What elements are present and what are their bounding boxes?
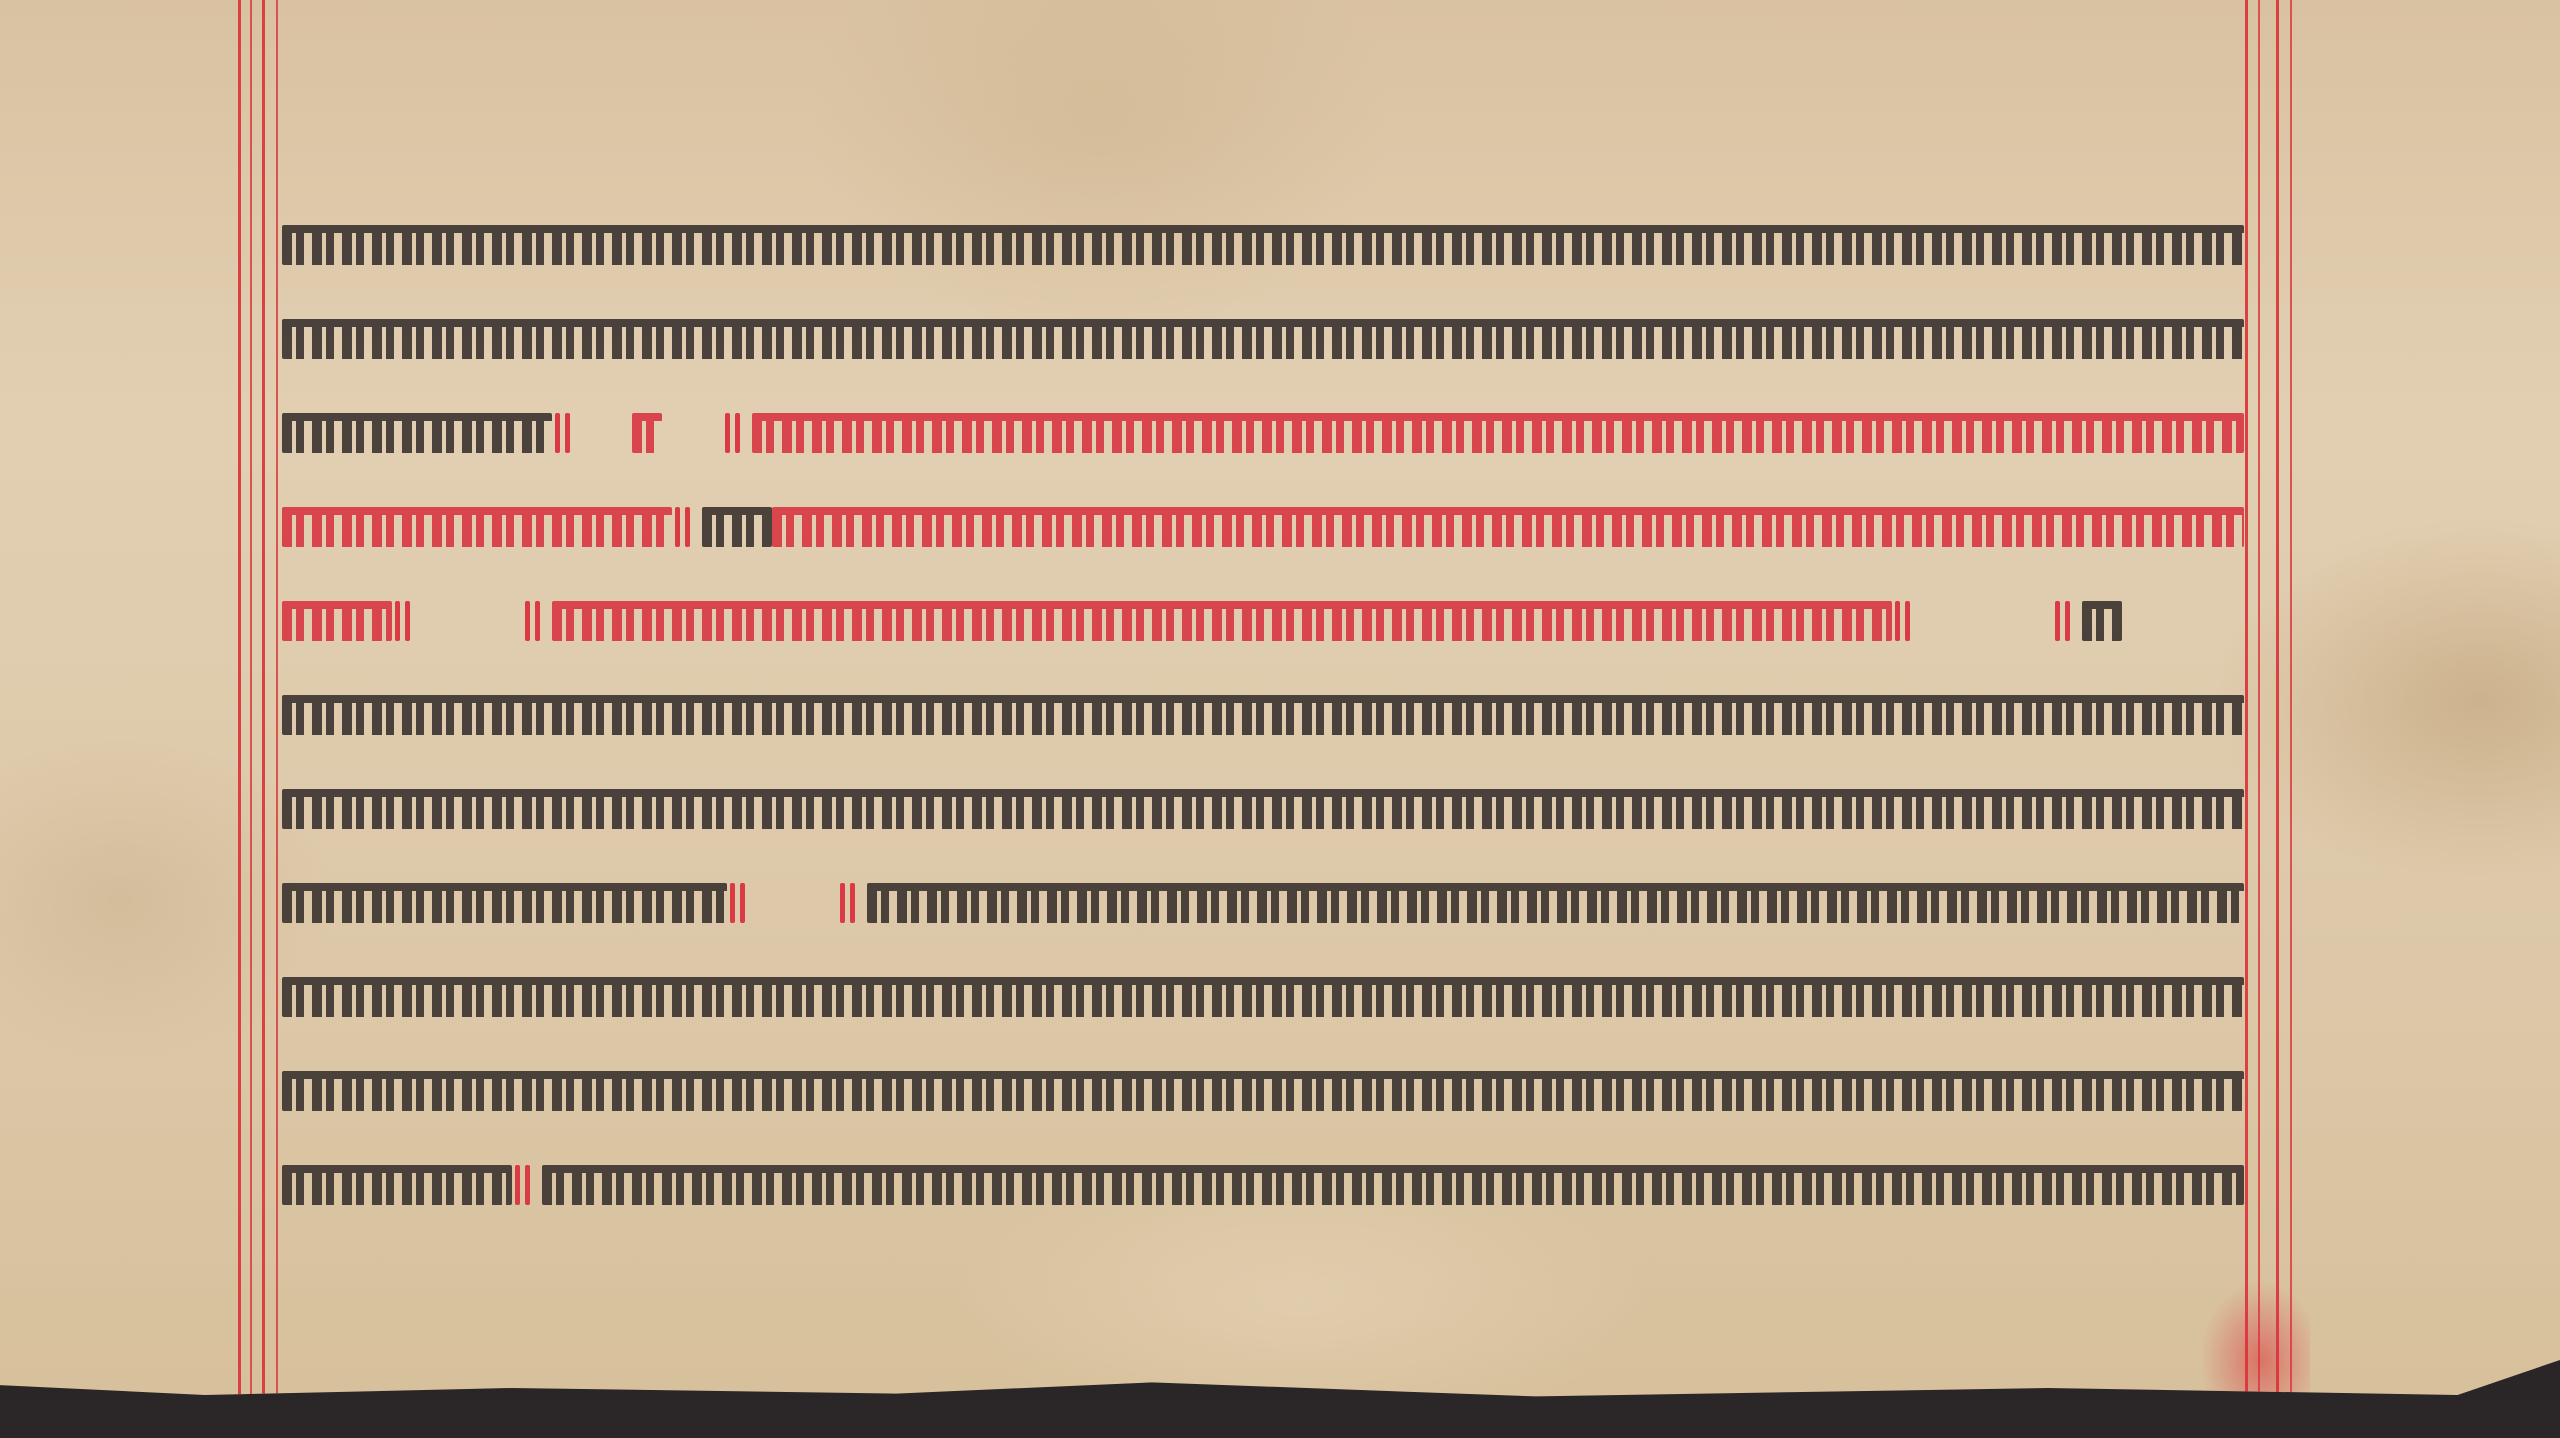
black-ink-text (282, 977, 2244, 1017)
double-danda-mark (672, 507, 702, 547)
black-ink-text (867, 883, 2244, 923)
manuscript-line-8 (282, 856, 2244, 950)
manuscript-leaf (0, 0, 2560, 1402)
right-margin-rule (2276, 0, 2279, 1395)
right-margin-rule (2290, 0, 2292, 1395)
manuscript-line-5 (282, 574, 2244, 668)
black-ink-text (282, 1165, 512, 1205)
red-ink-text (282, 601, 392, 641)
line-gap (662, 413, 722, 453)
red-ink-text (552, 601, 1892, 641)
double-danda-mark (837, 883, 867, 923)
manuscript-line-3 (282, 386, 2244, 480)
red-ink-text (282, 507, 672, 547)
double-danda-mark (2052, 601, 2082, 641)
manuscript-line-6 (282, 668, 2244, 762)
double-danda-mark (392, 601, 422, 641)
double-danda-mark (512, 1165, 542, 1205)
black-ink-text (282, 319, 2244, 359)
line-gap (757, 883, 837, 923)
line-gap (582, 413, 632, 453)
black-ink-text (702, 507, 772, 547)
double-danda-mark (727, 883, 757, 923)
text-block (282, 198, 2244, 1232)
black-ink-text (282, 883, 727, 923)
left-margin-rule (276, 0, 278, 1395)
red-ink-text (752, 413, 2244, 453)
black-ink-text (282, 225, 2244, 265)
manuscript-line-2 (282, 292, 2244, 386)
black-ink-text (282, 1071, 2244, 1111)
manuscript-line-1 (282, 198, 2244, 292)
double-danda-mark (722, 413, 752, 453)
left-margin-rule (262, 0, 265, 1395)
line-gap (422, 601, 522, 641)
left-margin-rule (250, 0, 252, 1395)
black-ink-text (282, 413, 552, 453)
black-ink-text (282, 789, 2244, 829)
manuscript-line-10 (282, 1044, 2244, 1138)
double-danda-mark (522, 601, 552, 641)
manuscript-line-9 (282, 950, 2244, 1044)
red-ink-text (632, 413, 662, 453)
dark-fabric-backdrop (0, 1400, 2560, 1438)
manuscript-line-7 (282, 762, 2244, 856)
red-ink-stain (2200, 1280, 2310, 1395)
black-ink-text (282, 695, 2244, 735)
right-margin-rule (2245, 0, 2248, 1395)
manuscript-line-11 (282, 1138, 2244, 1232)
black-ink-text (542, 1165, 2244, 1205)
right-margin-rule (2258, 0, 2260, 1395)
red-ink-text (772, 507, 2244, 547)
manuscript-line-4 (282, 480, 2244, 574)
double-danda-mark (552, 413, 582, 453)
double-danda-mark (1892, 601, 1922, 641)
left-margin-rule (238, 0, 241, 1395)
black-ink-text (2082, 601, 2122, 641)
line-gap (1922, 601, 2052, 641)
